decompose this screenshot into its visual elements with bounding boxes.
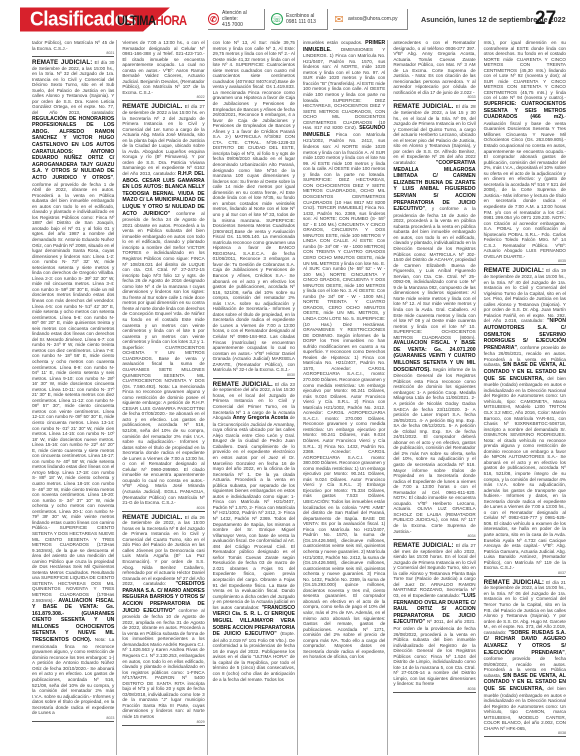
notice-code: 8037 [484, 571, 566, 577]
contact-email-value: avisos@uhora.com.py [348, 16, 398, 22]
logo-hora: HORA [156, 12, 187, 28]
notice-body: Nº 3011, del año 2021. Por orden de la p… [393, 619, 475, 686]
legal-notice: antecedentes o con el Rematador designad… [393, 40, 475, 101]
notice-body: El día 26 de Setiembre de 2022, a las 15… [122, 515, 204, 587]
newspaper-logo: ULTIMAHORA [117, 12, 187, 28]
notice-code: 8038 [484, 731, 566, 737]
phone-icon: ✆ [208, 13, 219, 25]
notice-case-title: SUPERFICIE: CUATROCIENTOS SESENTA Y SEIS… [484, 101, 566, 120]
contact-whatsapp[interactable]: ☏ Escribinos al0981 111 013 [271, 9, 328, 30]
notice-body: , conforme al proveído de fecha 1 de Abr… [32, 175, 114, 603]
contact-whatsapp-value: 0981 111 013 [286, 19, 316, 25]
column-6: mts.), por igual dimensión en su contraf… [482, 40, 568, 755]
notice-body: El día 21 de Septiembre de 2022, a las 1… [484, 580, 566, 635]
notice-case-title: "COOPERATIVA MEDALLA MILAGROSA LIMITADA … [393, 160, 475, 212]
legal-notice: REMATE JUDICIAL: El día 19 de Septiembre… [484, 268, 566, 576]
column-1: tador Público), con Matrícula Nº 45 de l… [30, 40, 117, 755]
legal-notice: con lote Nº 13, Al Sur: mide 39,75 metro… [213, 40, 295, 379]
notice-code: 8028 [122, 506, 204, 512]
notice-code: 8035 [484, 259, 566, 265]
notice-body: El día 27 de setiembre de 2022 a las 15:… [122, 104, 204, 176]
notice-body: con lote Nº 13, Al Sur: mide 39,75 metro… [213, 40, 295, 372]
notice-body: Nota: La mencionada finca no reconoce gr… [32, 637, 114, 715]
contact-phone[interactable]: ✆ Atención al cliente:415 7000 [208, 9, 265, 30]
column-4: inmuebles están ocupados. PRIMER INMUEBL… [301, 40, 388, 755]
legal-notice: Viernes de 7:00 a 13:00 hs., o con el Re… [122, 40, 204, 101]
notice-code: 8034 [393, 534, 475, 540]
notice-code: 8023 [32, 716, 114, 722]
page-number: 27 [535, 8, 556, 30]
notice-body: El día 28 de Setiembre de 2022, a las 15… [393, 104, 475, 164]
notice-code: 8029 [122, 720, 204, 726]
legal-notice: inmuebles están ocupados. PRIMER INMUEBL… [303, 40, 385, 660]
contact-phone-label: Atención al cliente: [222, 10, 247, 22]
notice-code: 8022 [122, 95, 204, 101]
legal-notice: REMATE JUDICIAL: El día 21 de Septiembre… [484, 580, 566, 738]
notice-body: (Expte. del año 2.019 Nº 101 Folio 08 Vl… [213, 631, 295, 681]
classifieds-columns: tador Público), con Matrícula Nº 45 de l… [30, 40, 568, 755]
column-2: Viernes de 7:00 a 13:00 hs., o con el Re… [120, 40, 207, 755]
legal-notice: REMATE JUDICIAL. El día 23 de septiembre… [213, 382, 295, 682]
notice-code: 8036 [393, 687, 475, 693]
page-header: Clasificados ULTIMAHORA ✆ Atención al cl… [0, 0, 580, 38]
notice-body: , y conforme a la providencia de fecha 1… [393, 206, 475, 340]
legal-notice: tador Público), con Matrícula Nº 45 de l… [32, 40, 114, 57]
contact-email[interactable]: ✉ avisos@uhora.com.py [333, 9, 408, 30]
notice-case-title: REGULACIÓN DE HONORARIOS PROFESIONALES D… [32, 116, 114, 181]
notice-body: Finca con Matrícula H21/1002, Padrón No.… [303, 132, 385, 659]
legal-notice: REMATE JUDICIAL. El día 27 de setiembre … [122, 104, 204, 511]
logo-ultima: ULTIMA [117, 12, 156, 28]
notice-body: Viernes de 7:00 a 13:00 hs., o con el Re… [122, 40, 204, 95]
legal-notice: REMATE JUDICIAL: El día 27 del mes de se… [393, 543, 475, 693]
legal-notice: REMATE JUDICIAL: El día 30 de Setiembre … [32, 60, 114, 722]
notice-body: mts.), por igual dimensión en su contraf… [484, 40, 566, 100]
mail-icon: ✉ [333, 13, 345, 25]
notice-body: DIMENSIONES Y LINDEROS. 1) Finca con Mat… [303, 47, 385, 131]
notice-body: El día 30 de Setiembre de 2022, a las 15… [32, 60, 114, 115]
column-5: antecedentes o con el Rematador designad… [391, 40, 478, 755]
notice-body: conforme al proveído de fecha 24 de Agos… [122, 211, 204, 505]
legal-notice: mts.), por igual dimensión en su contraf… [484, 40, 566, 265]
notice-case-title: Anny Gregoria Acosta [233, 415, 288, 421]
notice-code: 8021 [32, 51, 114, 57]
legal-notice: REMATE JUDICIAL. El día 28 de Setiembre … [393, 104, 475, 540]
notice-body: conforme al proveído de fecha 10 de Agos… [122, 608, 204, 719]
notice-body: - Avaluación fiscal y base de venta Guar… [484, 114, 566, 259]
notice-body: tador Público), con Matrícula Nº 45 de l… [32, 40, 114, 51]
notice-body: inmuebles están ocupados. [303, 40, 365, 45]
column-3: con lote Nº 13, Al Sur: mide 39,75 metro… [211, 40, 298, 755]
contact-phone-value: 415 7000 [222, 22, 243, 28]
whatsapp-icon: ☏ [271, 13, 283, 25]
notice-code: 8030 [213, 373, 295, 379]
legal-notice: REMATE JUDICIAL. El día 26 de Setiembre … [122, 515, 204, 726]
notice-body: del bien mueble (rodado) embargado en au… [484, 376, 566, 571]
notice-body: de la Circunscripción Judicial de Amamba… [213, 415, 295, 610]
notice-body: Según informe de la Dirección General de… [393, 367, 475, 534]
notice-body: del bien mueble (rodado) embargado en au… [484, 686, 566, 731]
notice-body: El día 27 del mes de septiembre del año … [393, 543, 475, 598]
notice-code: 8033 [393, 95, 475, 101]
notice-body: antecedentes o con el Rematador designad… [393, 40, 475, 95]
notice-body: El día 19 de Septiembre de 2022, a las 1… [484, 268, 566, 323]
